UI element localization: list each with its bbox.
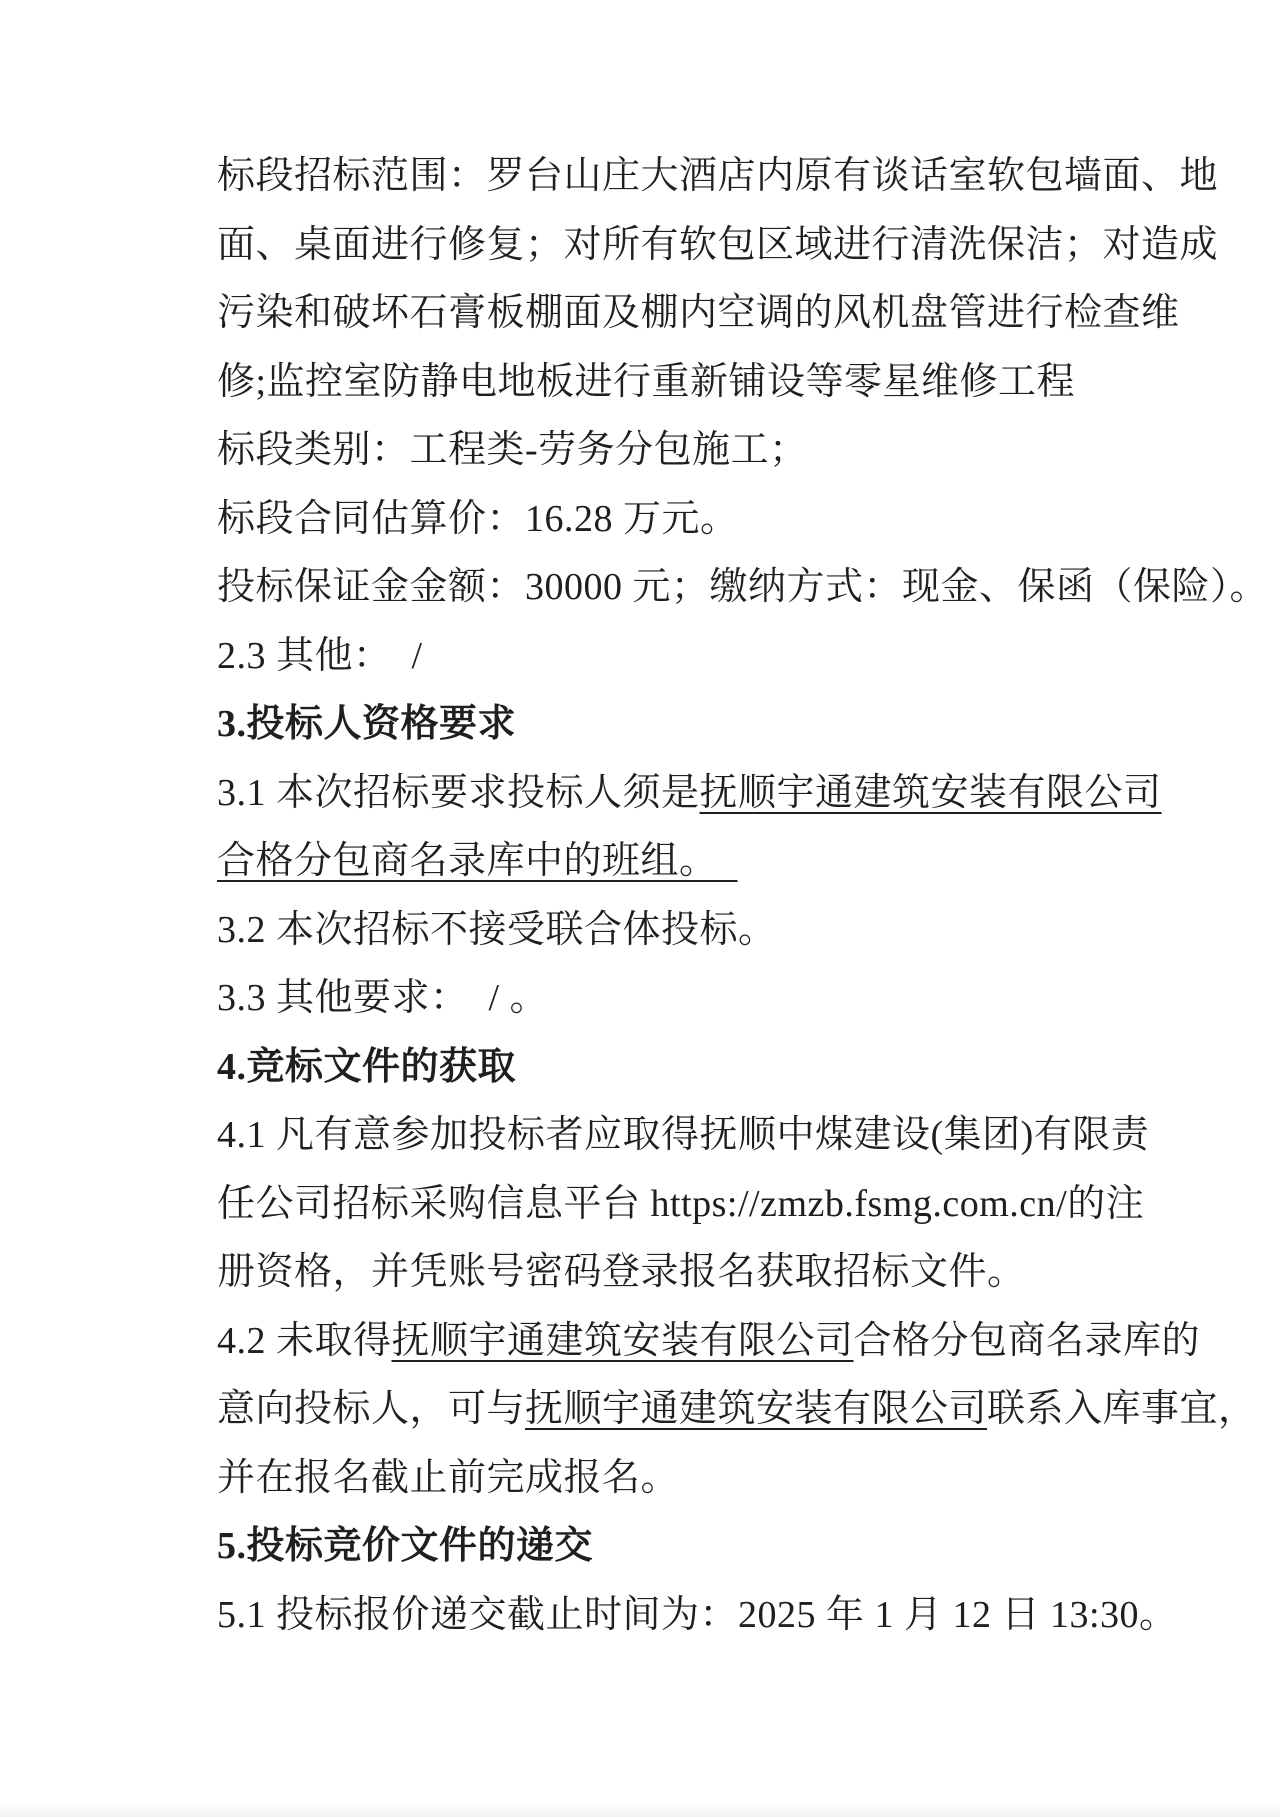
text-segment: 修;监控室防静电地板进行重新铺设等零星维修工程 bbox=[217, 361, 1075, 403]
text-line: 4.2 未取得抚顺宇通建筑安装有限公司合格分包商名录库的 bbox=[217, 1307, 1227, 1376]
document-body: 标段招标范围：罗台山庄大酒店内原有谈话室软包墙面、地面、桌面进行修复；对所有软包… bbox=[217, 142, 1227, 1649]
text-segment: 4.2 未取得 bbox=[217, 1320, 392, 1362]
heading-line: 4.竞标文件的获取 bbox=[217, 1033, 1227, 1102]
text-segment: 标段合同估算价：16.28 万元。 bbox=[217, 498, 739, 540]
text-line: 2.3 其他： / bbox=[217, 622, 1227, 691]
text-line: 标段招标范围：罗台山庄大酒店内原有谈话室软包墙面、地 bbox=[217, 142, 1227, 211]
text-line: 标段合同估算价：16.28 万元。 bbox=[217, 485, 1227, 554]
text-segment: 4.竞标文件的获取 bbox=[217, 1046, 516, 1088]
text-segment: 任公司招标采购信息平台 https://zmzb.fsmg.com.cn/的注 bbox=[217, 1183, 1144, 1225]
text-line: 标段类别：工程类-劳务分包施工； bbox=[217, 416, 1227, 485]
text-segment: 3.2 本次招标不接受联合体投标。 bbox=[217, 909, 777, 951]
text-segment: 并在报名截止前完成报名。 bbox=[217, 1457, 679, 1499]
text-segment: 2.3 其他： / bbox=[217, 635, 423, 677]
text-line: 面、桌面进行修复；对所有软包区域进行清洗保洁；对造成 bbox=[217, 211, 1227, 280]
underlined-text: 抚顺宇通建筑安装有限公司 bbox=[392, 1320, 854, 1362]
text-segment: 5.1 投标报价递交截止时间为：2025 年 1 月 12 日 13:30。 bbox=[217, 1594, 1178, 1636]
text-segment: 册资格，并凭账号密码登录报名获取招标文件。 bbox=[217, 1251, 1026, 1293]
text-line: 任公司招标采购信息平台 https://zmzb.fsmg.com.cn/的注 bbox=[217, 1170, 1227, 1239]
text-line: 修;监控室防静电地板进行重新铺设等零星维修工程 bbox=[217, 348, 1227, 417]
underlined-text: 合格分包商名录库中的班组。 bbox=[217, 840, 738, 882]
text-line: 3.1 本次招标要求投标人须是抚顺宇通建筑安装有限公司 bbox=[217, 759, 1227, 828]
text-line: 3.3 其他要求： / 。 bbox=[217, 964, 1227, 1033]
text-segment: 标段招标范围：罗台山庄大酒店内原有谈话室软包墙面、地 bbox=[217, 155, 1218, 197]
text-segment: 投标保证金金额：30000 元；缴纳方式：现金、保函（保险）。 bbox=[217, 566, 1268, 608]
text-segment: 3.1 本次招标要求投标人须是 bbox=[217, 772, 700, 814]
heading-line: 5.投标竞价文件的递交 bbox=[217, 1512, 1227, 1581]
text-segment: 污染和破坏石膏板棚面及棚内空调的风机盘管进行检查维 bbox=[217, 292, 1180, 334]
underlined-text: 抚顺宇通建筑安装有限公司 bbox=[700, 772, 1162, 814]
text-segment: 联系入库事宜， bbox=[987, 1388, 1257, 1430]
text-line: 3.2 本次招标不接受联合体投标。 bbox=[217, 896, 1227, 965]
heading-line: 3.投标人资格要求 bbox=[217, 690, 1227, 759]
text-segment: 3.3 其他要求： / 。 bbox=[217, 977, 548, 1019]
text-segment: 4.1 凡有意参加投标者应取得抚顺中煤建设(集团)有限责 bbox=[217, 1114, 1149, 1156]
text-segment: 5.投标竞价文件的递交 bbox=[217, 1525, 593, 1567]
text-line: 合格分包商名录库中的班组。 bbox=[217, 827, 1227, 896]
text-segment: 3.投标人资格要求 bbox=[217, 703, 516, 745]
page-edge-shadow bbox=[0, 1803, 1280, 1817]
text-line: 意向投标人，可与抚顺宇通建筑安装有限公司联系入库事宜， bbox=[217, 1375, 1227, 1444]
text-line: 并在报名截止前完成报名。 bbox=[217, 1444, 1227, 1513]
text-line: 5.1 投标报价递交截止时间为：2025 年 1 月 12 日 13:30。 bbox=[217, 1581, 1227, 1650]
text-segment: 面、桌面进行修复；对所有软包区域进行清洗保洁；对造成 bbox=[217, 224, 1218, 266]
text-line: 污染和破坏石膏板棚面及棚内空调的风机盘管进行检查维 bbox=[217, 279, 1227, 348]
underlined-text: 抚顺宇通建筑安装有限公司 bbox=[525, 1388, 987, 1430]
text-segment: 标段类别：工程类-劳务分包施工； bbox=[217, 429, 808, 471]
text-segment: 合格分包商名录库的 bbox=[854, 1320, 1201, 1362]
text-line: 4.1 凡有意参加投标者应取得抚顺中煤建设(集团)有限责 bbox=[217, 1101, 1227, 1170]
document-page: 标段招标范围：罗台山庄大酒店内原有谈话室软包墙面、地面、桌面进行修复；对所有软包… bbox=[0, 0, 1280, 1817]
text-line: 册资格，并凭账号密码登录报名获取招标文件。 bbox=[217, 1238, 1227, 1307]
text-line: 投标保证金金额：30000 元；缴纳方式：现金、保函（保险）。 bbox=[217, 553, 1227, 622]
text-segment: 意向投标人，可与 bbox=[217, 1388, 525, 1430]
